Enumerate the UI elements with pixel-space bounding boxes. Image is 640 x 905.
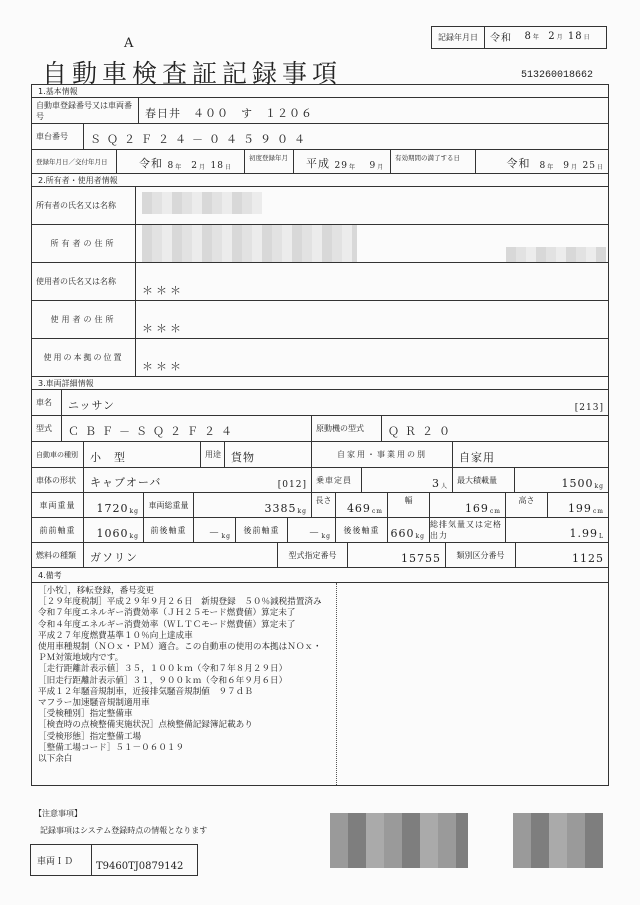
- weight-row: 車両重量 1720kg 車両総重量 3385kg 長さ 469cm 幅 169c…: [32, 493, 608, 518]
- era: 令和: [490, 29, 512, 44]
- displacement: 1.99: [570, 527, 599, 540]
- unit: cm: [593, 508, 604, 515]
- month: 9: [563, 161, 570, 171]
- unit: 年: [175, 162, 182, 171]
- remarks-line: 使用車種規制（ＮＯｘ・ＰＭ）適合。この自動車の使用の本拠はＮＯｘ・ＰＭ対策地域内…: [38, 642, 328, 664]
- user-address-value: ＊＊＊: [136, 301, 608, 338]
- remarks-line: 令和４年度エネルギー消費効率（ＷＬＴＣモード燃費値）算定未了: [38, 620, 328, 631]
- record-date-box: 記録年月日 令和 8年 2月 18日: [431, 26, 607, 49]
- rr-axle: 660: [391, 527, 415, 540]
- remarks-line: ［走行距離計表示値］３５，１００ｋｍ（令和７年８月２９日）: [38, 664, 328, 675]
- reg-number-value: 春日井 ４００ す １２０６: [139, 98, 608, 123]
- year: 8: [168, 161, 175, 171]
- owner-address-value: [136, 225, 608, 262]
- unit: kg: [595, 483, 604, 490]
- body-code: [012]: [278, 480, 311, 490]
- ff-axle-label: 前前軸重: [32, 518, 84, 542]
- class-no-label: 類別区分番号: [446, 543, 516, 567]
- remarks-line: マフラー加速騒音規制適用車: [38, 698, 328, 709]
- body-row: 車体の形状 キャブオーバ [012] 乗車定員 3人 最大積載量 1500kg: [32, 468, 608, 493]
- record-table: 1.基本情報 自動車登録番号又は車両番号 春日井 ４００ す １２０６ 車台番号…: [31, 84, 609, 786]
- remarks-body: ［小牧］，移転登録，番号変更［２９年度税制］平成２９年９月２６日 新規登録 ５０…: [32, 583, 608, 786]
- gross-weight: 3385: [265, 502, 297, 515]
- car-name-label: 車名: [32, 390, 62, 415]
- fr-axle-value: －kg: [194, 518, 236, 542]
- first-reg-label: 初度登録年月: [245, 150, 294, 173]
- car-name-value: ニッサン [213]: [62, 390, 608, 415]
- unit: 年: [533, 32, 540, 41]
- unit: kg: [130, 508, 139, 515]
- user-name-row: 使用者の氏名又は名称 ＊＊＊: [32, 263, 608, 301]
- remarks-line: ［整備工場コード］５１－０６０１９: [38, 743, 328, 754]
- month: 2: [548, 31, 555, 42]
- unit: cm: [372, 508, 383, 515]
- dates-row: 登録年月日／交付年月日 令和 8年 2月 18日 初度登録年月 平成 29年 9…: [32, 150, 608, 174]
- car-name-row: 車名 ニッサン [213]: [32, 390, 608, 416]
- vehicle-id-value: T9460TJ0879142: [92, 845, 183, 875]
- redacted-stamp-2: [513, 813, 603, 868]
- era: 令和: [507, 155, 531, 171]
- weight-label: 車両重量: [32, 493, 84, 517]
- unit: 日: [584, 32, 591, 41]
- width: 169: [465, 502, 489, 515]
- displacement-value: 1.99L: [506, 518, 608, 542]
- capacity-value: 3人: [362, 468, 453, 492]
- user-name-value: ＊＊＊: [136, 263, 608, 300]
- owner-address-row: 所有者の住所: [32, 225, 608, 263]
- rr-axle-value: 660kg: [388, 518, 430, 542]
- chassis-label: 車台番号: [32, 124, 84, 149]
- unit: L: [599, 533, 604, 540]
- capacity-label: 乗車定員: [312, 468, 362, 492]
- note-title: 【注意事項】: [34, 808, 82, 819]
- body-shape: キャブオーバ: [90, 474, 161, 490]
- fr-axle: －: [209, 524, 221, 540]
- month: 9: [369, 161, 376, 171]
- redacted-owner-name: [142, 192, 262, 214]
- unit: 年: [349, 162, 356, 171]
- redacted-owner-address-2: [506, 247, 606, 262]
- max-load-label: 最大積載量: [453, 468, 515, 492]
- reg-number-row: 自動車登録番号又は車両番号 春日井 ４００ す １２０６: [32, 98, 608, 124]
- document-number: 513260018662: [521, 70, 593, 81]
- class-no-value: 1125: [516, 543, 608, 567]
- owner-name-row: 所有者の氏名又は名称: [32, 187, 608, 225]
- weight: 1720: [97, 502, 129, 515]
- model-value: ＣＢＦ－ＳＱ２Ｆ２４: [62, 416, 312, 441]
- remarks-line: 平成２７年度燃費基準１０％向上達成車: [38, 631, 328, 642]
- remarks-line: ［検査時の点検整備実施状況］点検整備記録簿記載あり: [38, 720, 328, 731]
- remarks-line: ［受検種別］指定整備車: [38, 709, 328, 720]
- body-value: キャブオーバ [012]: [84, 468, 312, 492]
- rr-axle-label: 後後軸重: [336, 518, 388, 542]
- user-address-row: 使用者の住所 ＊＊＊: [32, 301, 608, 339]
- unit: 月: [571, 162, 578, 171]
- day: 25: [583, 161, 596, 171]
- car-name: ニッサン: [68, 397, 115, 413]
- remarks-line: 令和７年度エネルギー消費効率（ＪＨ２５モード燃費値）算定未了: [38, 608, 328, 619]
- length-label: 長さ: [312, 493, 336, 517]
- section-basic-info-title: 1.基本情報: [32, 85, 608, 98]
- weight-value: 1720kg: [84, 493, 144, 517]
- unit: 日: [225, 162, 232, 171]
- expiry-label: 有効期間の満了する日: [391, 150, 476, 173]
- reg-date-value: 令和 8年 2月 18日: [117, 150, 245, 173]
- ff-axle: 1060: [97, 527, 129, 540]
- type-no-value: 15755: [348, 543, 446, 567]
- rf-axle: －: [309, 524, 321, 540]
- reg-date-label: 登録年月日／交付年月日: [32, 150, 117, 173]
- vehicle-id-box: 車両ＩＤ T9460TJ0879142: [30, 844, 198, 876]
- form-mark: A: [124, 36, 133, 51]
- note-text: 記録事項はシステム登録時点の情報となります: [40, 825, 207, 836]
- remarks-line: 以下余白: [38, 754, 328, 765]
- private-label: 自家用・事業用の別: [312, 442, 453, 467]
- unit: 日: [597, 162, 604, 171]
- unit: 人: [441, 481, 448, 490]
- max-load-value: 1500kg: [515, 468, 608, 492]
- category-row: 自動車の種別 小 型 用途 貨物 自家用・事業用の別 自家用: [32, 442, 608, 468]
- unit: 月: [199, 162, 206, 171]
- axle-row: 前前軸重 1060kg 前後軸重 －kg 後前軸重 －kg 後後軸重 660kg…: [32, 518, 608, 543]
- unit: kg: [322, 533, 331, 540]
- era: 令和: [139, 155, 163, 171]
- remarks-line: ［２９年度税制］平成２９年９月２６日 新規登録 ５０％減税措置済み: [38, 597, 328, 608]
- record-date-label: 記録年月日: [432, 27, 485, 48]
- section-vehicle-detail-title: 3.車両詳細情報: [32, 377, 608, 390]
- fuel-row: 燃料の種類 ガソリン 型式指定番号 15755 類別区分番号 1125: [32, 543, 608, 568]
- engine-label: 原動機の型式: [312, 416, 382, 441]
- chassis-value: ＳＱ２Ｆ２４－０４５９０４: [84, 124, 608, 149]
- reg-number-label: 自動車登録番号又は車両番号: [32, 98, 139, 123]
- section-owner-user-title: 2.所有者・使用者情報: [32, 174, 608, 187]
- model-row: 型式 ＣＢＦ－ＳＱ２Ｆ２４ 原動機の型式 ＱＲ２０: [32, 416, 608, 442]
- remarks-line: ［小牧］，移転登録，番号変更: [38, 586, 328, 597]
- unit: cm: [490, 508, 501, 515]
- capacity: 3: [432, 477, 440, 490]
- owner-address-label: 所有者の住所: [32, 225, 136, 262]
- section-remarks-title: 4.備考: [32, 568, 608, 583]
- use-value: 貨物: [225, 442, 312, 467]
- height-label: 高さ: [506, 493, 548, 517]
- length-value: 469cm: [336, 493, 388, 517]
- year: 8: [525, 31, 532, 42]
- fuel-label: 燃料の種類: [32, 543, 84, 567]
- type-no-label: 型式指定番号: [278, 543, 348, 567]
- day: 18: [211, 161, 224, 171]
- length: 469: [347, 502, 371, 515]
- displacement-label: 総排気量又は定格出力: [430, 518, 506, 542]
- private-value: 自家用: [453, 442, 608, 467]
- width-value: 169cm: [430, 493, 506, 517]
- gross-label: 車両総重量: [144, 493, 194, 517]
- model-label: 型式: [32, 416, 62, 441]
- car-name-code: [213]: [575, 403, 608, 413]
- rf-axle-label: 後前軸重: [236, 518, 288, 542]
- chassis-row: 車台番号 ＳＱ２Ｆ２４－０４５９０４: [32, 124, 608, 150]
- max-load: 1500: [562, 477, 594, 490]
- unit: kg: [298, 508, 307, 515]
- category-label: 自動車の種別: [32, 442, 84, 467]
- unit: 月: [377, 162, 384, 171]
- unit: kg: [130, 533, 139, 540]
- remarks-line: ［受検形態］指定整備工場: [38, 732, 328, 743]
- expiry-value: 令和 8年 9月 25日: [476, 150, 608, 173]
- vehicle-id-label: 車両ＩＤ: [31, 845, 92, 875]
- rf-axle-value: －kg: [288, 518, 336, 542]
- user-name-label: 使用者の氏名又は名称: [32, 263, 136, 300]
- first-reg-value: 平成 29年 9月: [294, 150, 391, 173]
- fuel-value: ガソリン: [84, 543, 278, 567]
- fr-axle-label: 前後軸重: [144, 518, 194, 542]
- height: 199: [568, 502, 592, 515]
- day: 18: [568, 31, 583, 42]
- redacted-stamp-1: [330, 813, 468, 868]
- category-value: 小 型: [84, 442, 201, 467]
- remarks-divider: [336, 583, 337, 785]
- year: 29: [335, 161, 348, 171]
- year: 8: [540, 161, 547, 171]
- use-label: 用途: [201, 442, 225, 467]
- unit: kg: [222, 533, 231, 540]
- owner-name-label: 所有者の氏名又は名称: [32, 187, 136, 224]
- redacted-owner-address: [142, 225, 357, 262]
- remarks-line: 平成１２年騒音規制車，近接排気騒音規制値 ９７ｄＢ: [38, 687, 328, 698]
- base-location-value: ＊＊＊: [136, 339, 608, 376]
- base-location-label: 使用の本拠の位置: [32, 339, 136, 376]
- base-location-row: 使用の本拠の位置 ＊＊＊: [32, 339, 608, 377]
- height-value: 199cm: [548, 493, 608, 517]
- remarks-text: ［小牧］，移転登録，番号変更［２９年度税制］平成２９年９月２６日 新規登録 ５０…: [38, 586, 328, 765]
- body-label: 車体の形状: [32, 468, 84, 492]
- unit: 月: [557, 32, 564, 41]
- era: 平成: [306, 155, 330, 171]
- engine-value: ＱＲ２０: [382, 416, 608, 441]
- month: 2: [191, 161, 198, 171]
- record-date-value: 令和 8年 2月 18日: [485, 27, 606, 48]
- width-label: 幅: [388, 493, 430, 517]
- unit: 年: [547, 162, 554, 171]
- unit: kg: [416, 533, 425, 540]
- ff-axle-value: 1060kg: [84, 518, 144, 542]
- gross-value: 3385kg: [194, 493, 312, 517]
- user-address-label: 使用者の住所: [32, 301, 136, 338]
- remarks-line: ［旧走行距離計表示値］３１，９００ｋｍ（令和６年９月６日）: [38, 676, 328, 687]
- owner-name-value: [136, 187, 608, 224]
